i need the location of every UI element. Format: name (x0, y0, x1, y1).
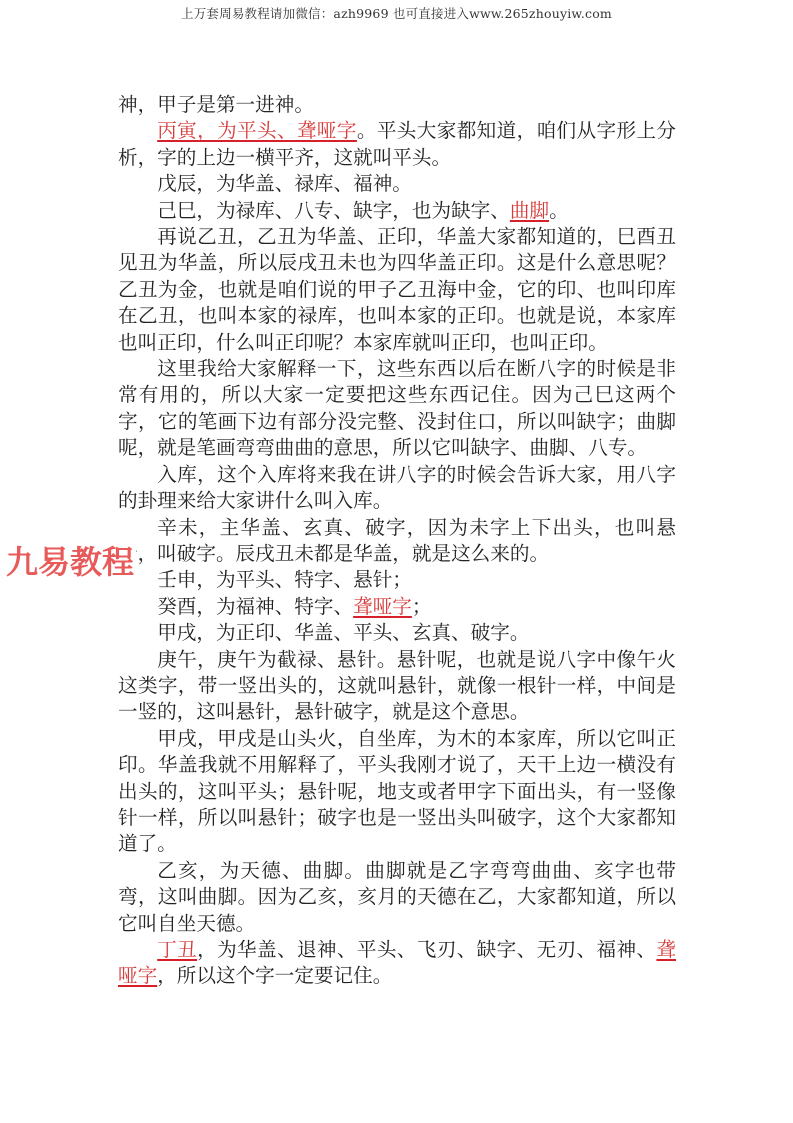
paragraph: 再说乙丑，乙丑为华盖、正印，华盖大家都知道的，巳酉丑见丑为华盖，所以辰戌丑未也为… (118, 224, 676, 356)
text-run: 神，甲子是第一进神。 (118, 93, 314, 116)
text-run: 壬申，为平头、特字、悬针； (157, 568, 412, 591)
text-run: 癸酉，为福神、特字、 (157, 595, 353, 618)
text-run: 甲戌，甲戌是山头火，自坐库，为木的本家库，所以它叫正印。华盖我就不用解释了，平头… (118, 727, 676, 856)
paragraph: 神，甲子是第一进神。 (118, 92, 676, 118)
text-run: 己巳，为禄库、八专、缺字，也为缺字、 (157, 199, 510, 222)
paragraph: 丁丑，为华盖、退神、平头、飞刃、缺字、无刃、福神、聋哑字，所以这个字一定要记住。 (118, 937, 676, 990)
text-run: 这里我给大家解释一下，这些东西以后在断八字的时候是非常有用的，所以大家一定要把这… (118, 357, 676, 459)
text-run: ； (412, 595, 432, 618)
text-run: 。 (549, 199, 569, 222)
paragraph: 癸酉，为福神、特字、聋哑字； (118, 594, 676, 620)
text-run: ，所以这个字一定要记住。 (157, 964, 392, 987)
paragraph: 甲戌，甲戌是山头火，自坐库，为木的本家库，所以它叫正印。华盖我就不用解释了，平头… (118, 726, 676, 858)
paragraph: 壬申，为平头、特字、悬针； (118, 567, 676, 593)
page-header-banner: 上万套周易教程请加微信：azh9969 也可直接进入www.265zhouyiw… (0, 4, 793, 22)
paragraph: 甲戌，为正印、华盖、平头、玄真、破字。 (118, 620, 676, 646)
paragraph: 入库，这个入库将来我在讲八字的时候会告诉大家，用八字的卦理来给大家讲什么叫入库。 (118, 462, 676, 515)
text-run: 辛未，主华盖、玄真、破字，因为未字上下出头，也叫悬针，叫破字。辰戌丑未都是华盖，… (118, 516, 676, 565)
text-run: ，为华盖、退神、平头、飞刃、缺字、无刃、福神、 (197, 938, 656, 961)
document-body: 神，甲子是第一进神。 丙寅，为平头、聋哑字。平头大家都知道，咱们从字形上分析，字… (118, 92, 676, 990)
text-run: 乙亥，为天德、曲脚。曲脚就是乙字弯弯曲曲、亥字也带弯，这叫曲脚。因为乙亥，亥月的… (118, 859, 676, 935)
highlighted-term: 曲脚 (510, 199, 549, 222)
paragraph: 庚午，庚午为截禄、悬针。悬针呢，也就是说八字中像午火这类字，带一竖出头的，这就叫… (118, 647, 676, 726)
highlighted-term: 丁丑 (157, 938, 197, 961)
text-run: 戊辰，为华盖、禄库、福神。 (157, 172, 412, 195)
highlighted-term: 聋哑字 (353, 595, 412, 618)
paragraph: 丙寅，为平头、聋哑字。平头大家都知道，咱们从字形上分析，字的上边一横平齐，这就叫… (118, 118, 676, 171)
paragraph: 戊辰，为华盖、禄库、福神。 (118, 171, 676, 197)
text-run: 入库，这个入库将来我在讲八字的时候会告诉大家，用八字的卦理来给大家讲什么叫入库。 (118, 463, 676, 512)
paragraph: 乙亥，为天德、曲脚。曲脚就是乙字弯弯曲曲、亥字也带弯，这叫曲脚。因为乙亥，亥月的… (118, 858, 676, 937)
paragraph: 辛未，主华盖、玄真、破字，因为未字上下出头，也叫悬针，叫破字。辰戌丑未都是华盖，… (118, 515, 676, 568)
text-run: 庚午，庚午为截禄、悬针。悬针呢，也就是说八字中像午火这类字，带一竖出头的，这就叫… (118, 648, 676, 724)
text-run: 甲戌，为正印、华盖、平头、玄真、破字。 (157, 621, 529, 644)
paragraph: 己巳，为禄库、八专、缺字，也为缺字、曲脚。 (118, 198, 676, 224)
highlighted-term: 丙寅，为平头、聋哑字 (157, 119, 357, 142)
text-run: 再说乙丑，乙丑为华盖、正印，华盖大家都知道的，巳酉丑见丑为华盖，所以辰戌丑未也为… (118, 225, 676, 354)
watermark-logo: 九易教程 (4, 540, 136, 584)
paragraph: 这里我给大家解释一下，这些东西以后在断八字的时候是非常有用的，所以大家一定要把这… (118, 356, 676, 462)
